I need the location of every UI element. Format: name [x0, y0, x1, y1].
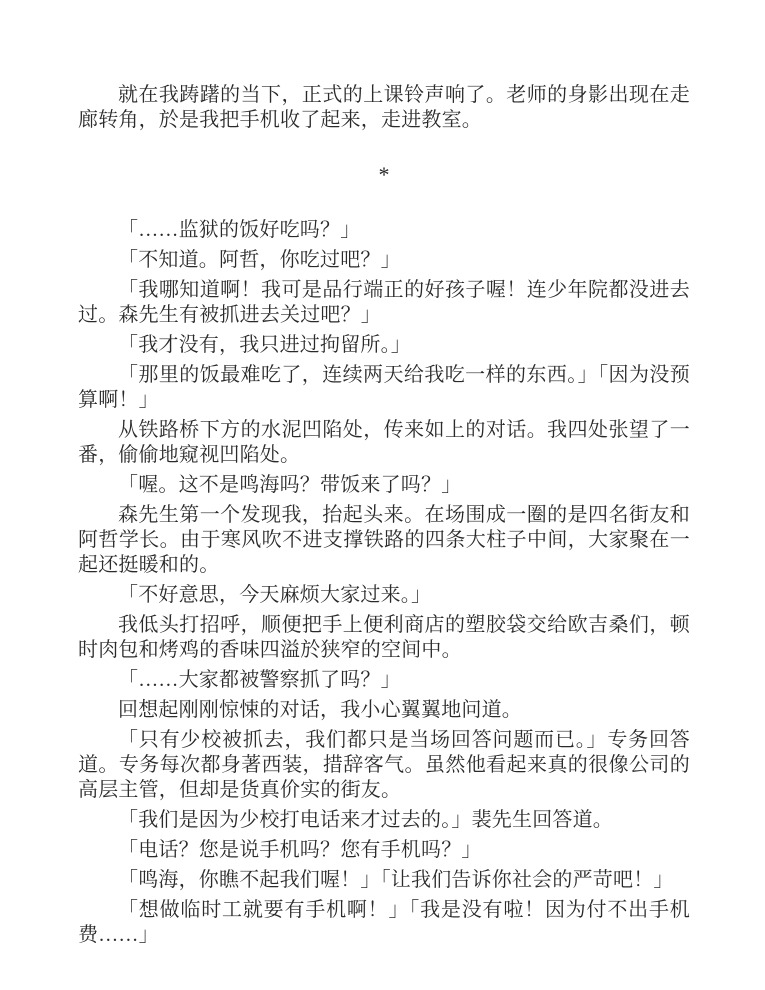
paragraph-dialogue: 「不好意思，今天麻烦大家过来。」 — [78, 583, 690, 608]
paragraph-dialogue: 「鸣海，你瞧不起我们喔！」「让我们告诉你社会的严苛吧！」 — [78, 868, 690, 893]
paragraph-dialogue: 「不知道。阿哲，你吃过吧？」 — [78, 248, 690, 273]
paragraph-dialogue: 「那里的饭最难吃了，连续两天给我吃一样的东西。」「因为没预算啊！」 — [78, 363, 690, 413]
paragraph: 回想起刚刚惊悚的对话，我小心翼翼地问道。 — [78, 698, 690, 723]
paragraph-dialogue: 「喔。这不是鸣海吗？带饭来了吗？」 — [78, 473, 690, 498]
paragraph: 就在我踌躇的当下，正式的上课铃声响了。老师的身影出现在走廊转角，於是我把手机收了… — [78, 83, 690, 133]
paragraph: 森先生第一个发现我，抬起头来。在场围成一圈的是四名街友和阿哲学长。由于寒风吹不进… — [78, 503, 690, 578]
paragraph-dialogue: 「我哪知道啊！我可是品行端正的好孩子喔！连少年院都没进去过。森先生有被抓进去关过… — [78, 278, 690, 328]
paragraph-dialogue: 「我们是因为少校打电话来才过去的。」裴先生回答道。 — [78, 808, 690, 833]
scene-separator: * — [78, 162, 690, 187]
paragraph-dialogue: 「想做临时工就要有手机啊！」「我是没有啦！因为付不出手机费……」 — [78, 898, 690, 948]
paragraph-dialogue: 「我才没有，我只进过拘留所。」 — [78, 333, 690, 358]
paragraph: 我低头打招呼，顺便把手上便利商店的塑胶袋交给欧吉桑们，顿时肉包和烤鸡的香味四溢於… — [78, 613, 690, 663]
paragraph-dialogue: 「……大家都被警察抓了吗？」 — [78, 668, 690, 693]
novel-page: 就在我踌躇的当下，正式的上课铃声响了。老师的身影出现在走廊转角，於是我把手机收了… — [78, 83, 690, 953]
paragraph-dialogue: 「电话？您是说手机吗？您有手机吗？」 — [78, 838, 690, 863]
paragraph: 「只有少校被抓去，我们都只是当场回答问题而已。」专务回答道。专务每次都身著西装，… — [78, 728, 690, 803]
paragraph: 从铁路桥下方的水泥凹陷处，传来如上的对话。我四处张望了一番，偷偷地窥视凹陷处。 — [78, 418, 690, 468]
paragraph-dialogue: 「……监狱的饭好吃吗？」 — [78, 218, 690, 243]
